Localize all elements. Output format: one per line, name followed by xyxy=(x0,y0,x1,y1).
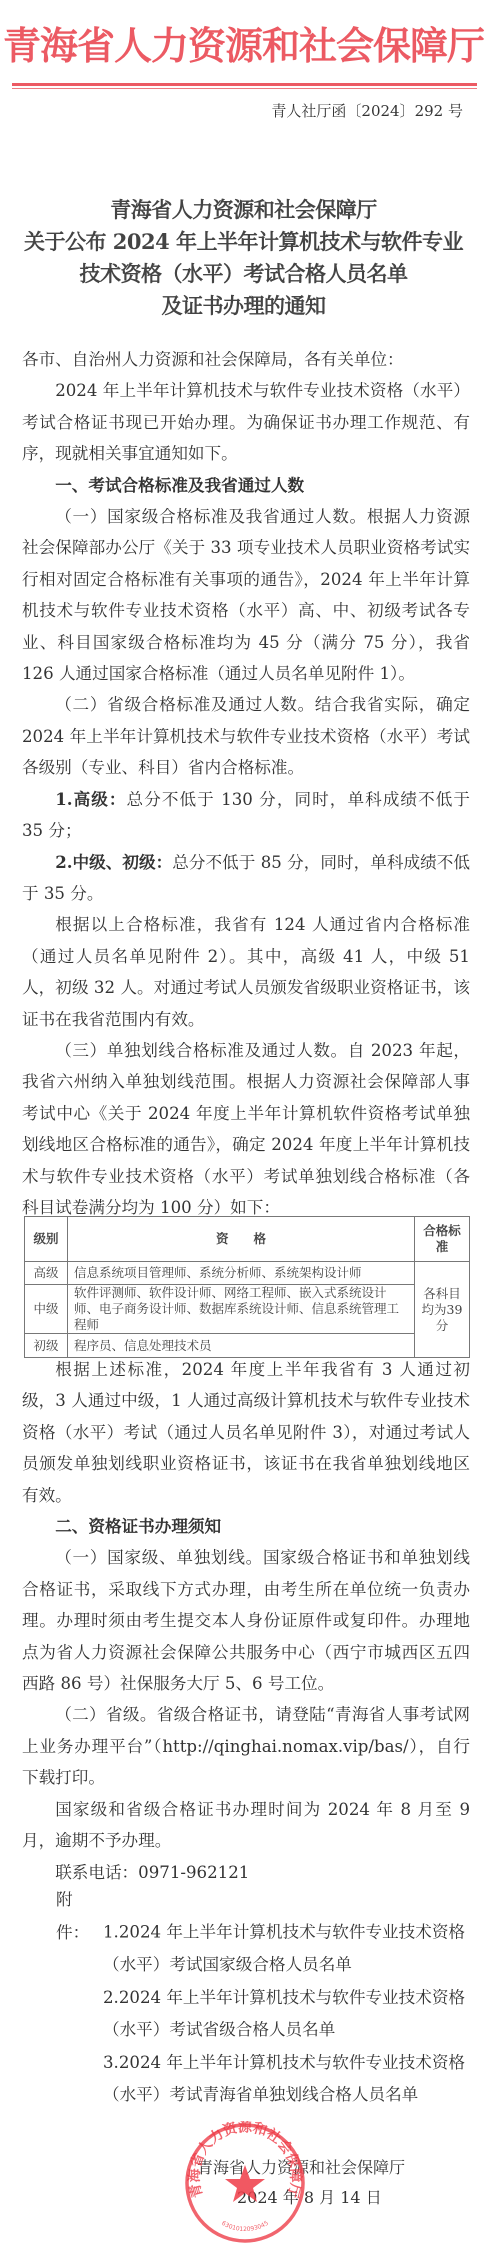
attachments-label: 附件： xyxy=(56,1884,103,1949)
seal-number: 6301012093045 xyxy=(220,2220,270,2233)
paragraph-lead: （三）单独划线合格标准及通过人数。 xyxy=(55,1041,348,1060)
attachment-line: （水平）考试国家级合格人员名单 xyxy=(56,1949,465,1982)
paragraph-provincial-certificate: （二）省级。省级合格证书，请登陆“青海省人事考试网上业务办理平台”（http:/… xyxy=(22,1699,470,1793)
attachment-item: 附件：1.2024 年上半年计算机技术与软件专业技术资格 xyxy=(56,1884,465,1949)
document-title: 青海省人力资源和社会保障厅 关于公布 2024 年上半年计算机技术与软件专业 技… xyxy=(0,194,487,322)
paragraph-lead: （一）国家级、单独划线。 xyxy=(55,1548,263,1567)
table-row: 高级 信息系统项目管理师、系统分析师、系统架构设计师 各科目均为39分 xyxy=(25,1262,470,1285)
cell-standard: 各科目均为39分 xyxy=(415,1262,470,1358)
paragraph-lead: （二）省级合格标准及通过人数。 xyxy=(55,695,315,714)
paragraph-separate-line: （三）单独划线合格标准及通过人数。自 2023 年起，我省六州纳入单独划线范围。… xyxy=(22,1035,470,1223)
attachments: 附件：1.2024 年上半年计算机技术与软件专业技术资格 （水平）考试国家级合格… xyxy=(56,1884,465,2112)
section-heading-1: 一、考试合格标准及我省通过人数 xyxy=(22,470,470,501)
header-level: 级别 xyxy=(25,1217,68,1262)
paragraph-text: 根据人力资源社会保障部办公厅《关于 33 项专业技术人员职业资格考试实行相对固定… xyxy=(22,507,470,683)
attachment-line: （水平）考试青海省单独划线合格人员名单 xyxy=(56,2079,465,2112)
paragraph-provincial-count: 根据以上合格标准，我省有 124 人通过省内合格标准（通过人员名单见附件 2）。… xyxy=(22,909,470,1035)
standard-intermediate-junior: 2.中级、初级：总分不低于 85 分，同时，单科成绩不低于 35 分。 xyxy=(22,847,470,910)
title-line: 关于公布 2024 年上半年计算机技术与软件专业 xyxy=(0,226,487,258)
cell-level: 高级 xyxy=(25,1262,68,1285)
svg-text:6301012093045: 6301012093045 xyxy=(220,2220,270,2233)
attachment-line: 1.2024 年上半年计算机技术与软件专业技术资格 xyxy=(103,1923,465,1942)
paragraph-lead: （一）国家级合格标准及我省通过人数。 xyxy=(55,507,367,526)
attachment-line: （水平）考试省级合格人员名单 xyxy=(56,2014,465,2047)
standard-lead: 1.高级： xyxy=(55,789,126,809)
paragraph-national-certificate: （一）国家级、单独划线。国家级合格证书和单独划线合格证书，采取线下方式办理，由考… xyxy=(22,1542,470,1699)
paragraph-provincial-standard: （二）省级合格标准及通过人数。结合我省实际，确定 2024 年上半年计算机技术与… xyxy=(22,689,470,783)
title-line: 青海省人力资源和社会保障厅 xyxy=(0,194,487,226)
document-body-continued: 根据上述标准，2024 年度上半年我省有 3 人通过初级，3 人通过中级，1 人… xyxy=(22,1354,470,1888)
title-line: 技术资格（水平）考试合格人员名单 xyxy=(0,258,487,290)
attachment-line: 3.2024 年上半年计算机技术与软件专业技术资格 xyxy=(56,2047,465,2080)
paragraph-text: 国家级合格证书和单独划线合格证书，采取线下方式办理，由考生所在单位统一负责办理。… xyxy=(22,1548,470,1693)
cell-qualifications: 信息系统项目管理师、系统分析师、系统架构设计师 xyxy=(68,1262,415,1285)
attachment-line: 2.2024 年上半年计算机技术与软件专业技术资格 xyxy=(56,1982,465,2015)
cell-qualifications: 软件评测师、软件设计师、网络工程师、嵌入式系统设计师、电子商务设计师、数据库系统… xyxy=(68,1285,415,1334)
document-number: 青人社厅函〔2024〕292 号 xyxy=(271,101,463,121)
paragraph-lead: （二）省级。 xyxy=(55,1705,157,1724)
section-heading-2: 二、资格证书办理须知 xyxy=(22,1511,470,1542)
standard-senior: 1.高级：总分不低于 130 分，同时，单科成绩不低于 35 分； xyxy=(22,784,470,847)
masthead-divider-thin xyxy=(12,88,477,89)
separate-line-standards-table: 级别 资 格 合格标准 高级 信息系统项目管理师、系统分析师、系统架构设计师 各… xyxy=(24,1216,470,1358)
masthead: 青海省人力资源和社会保障厅 xyxy=(0,22,487,70)
table-row: 中级 软件评测师、软件设计师、网络工程师、嵌入式系统设计师、电子商务设计师、数据… xyxy=(25,1285,470,1334)
document-body: 各市、自治州人力资源和社会保障局，各有关单位： 2024 年上半年计算机技术与软… xyxy=(22,344,470,1223)
title-line: 及证书办理的通知 xyxy=(0,290,487,322)
paragraph-national-standard: （一）国家级合格标准及我省通过人数。根据人力资源社会保障部办公厅《关于 33 项… xyxy=(22,501,470,689)
header-qualifications: 资 格 xyxy=(68,1217,415,1262)
standard-lead: 2.中级、初级： xyxy=(55,852,172,872)
paragraph-text: 自 2023 年起，我省六州纳入单独划线范围。根据人力资源社会保障部人事考试中心… xyxy=(22,1041,470,1217)
intro-paragraph: 2024 年上半年计算机技术与软件专业技术资格（水平）考试合格证书现已开始办理。… xyxy=(22,375,470,469)
paragraph-separate-line-count: 根据上述标准，2024 年度上半年我省有 3 人通过初级，3 人通过中级，1 人… xyxy=(22,1354,470,1511)
official-seal-icon: 青海省人力资源和社会保障厅 6301012093045 xyxy=(183,2121,307,2245)
cell-level: 中级 xyxy=(25,1285,68,1334)
paragraph-deadline: 国家级和省级合格证书办理时间为 2024 年 8 月至 9 月，逾期不予办理。 xyxy=(22,1794,470,1857)
table-header-row: 级别 资 格 合格标准 xyxy=(25,1217,470,1262)
masthead-divider-thick xyxy=(12,83,477,86)
salutation: 各市、自治州人力资源和社会保障局，各有关单位： xyxy=(22,344,470,375)
header-standard: 合格标准 xyxy=(415,1217,470,1262)
